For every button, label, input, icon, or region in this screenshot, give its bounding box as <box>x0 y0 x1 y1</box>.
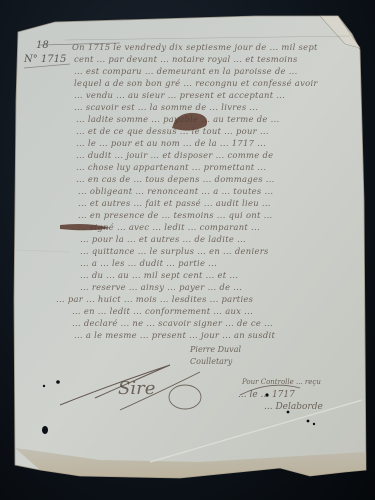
manuscript-page: 18 N° 1715 On 1715 le vendredy dix septi… <box>0 0 375 500</box>
text-line: ... chose luy appartenant ... promettant… <box>76 162 361 172</box>
notary-note-line-3: ... Delaborde <box>264 402 323 412</box>
text-line: cent ... par devant ... notaire royal ..… <box>74 54 359 64</box>
text-line: ... obligeant ... renonceant ... a ... t… <box>78 186 361 196</box>
text-line: ... en presence de ... tesmoins ... qui … <box>78 210 361 220</box>
text-line: ... en cas de ... tous depens ... dommag… <box>76 174 361 184</box>
text-line: ... vendu ... au sieur ... present et ac… <box>74 90 359 100</box>
margin-note-number: N° 1715 <box>24 54 66 65</box>
text-line: ... et autres ... fait et passé ... audi… <box>78 198 361 208</box>
text-line: ... pour la ... et autres ... de ladite … <box>80 234 361 244</box>
text-line: ... par ... huict ... mois ... lesdites … <box>56 294 361 304</box>
text-line: ... et de ce que dessus ... le tout ... … <box>76 126 361 136</box>
margin-note-folio: 18 <box>36 40 49 51</box>
text-line: ... en ... ledit ... conformement ... au… <box>72 306 361 316</box>
notary-note-line-2: ... le ... 1717 <box>238 390 295 400</box>
text-line: ... du ... au ... mil sept cent ... et .… <box>80 270 361 280</box>
text-line: ... a le mesme ... present ... jour ... … <box>74 330 361 340</box>
text-line: ... dudit ... jouir ... et disposer ... … <box>76 150 361 160</box>
text-line: ... le ... pour et au nom ... de la ... … <box>76 138 361 148</box>
text-line: ... quittance ... le surplus ... en ... … <box>80 246 361 256</box>
text-line: On 1715 le vendredy dix septiesme jour d… <box>72 42 357 52</box>
signature-main: Sire <box>118 378 155 399</box>
text-line: ... a ... les ... dudit ... partie ... <box>80 258 361 268</box>
text-line: ... est comparu ... demeurant en la paro… <box>74 66 359 76</box>
text-line: lequel a de son bon gré ... recongnu et … <box>74 78 359 88</box>
text-line: ... reserve ... ainsy ... payer ... de .… <box>80 282 361 292</box>
text-line: ... declaré ... ne ... scavoir signer ..… <box>72 318 361 328</box>
text-line: ... signé ... avec ... ledit ... compara… <box>78 222 361 232</box>
signature-witness-2: Coulletary <box>190 357 232 366</box>
signature-witness-1: Pierre Duval <box>190 345 241 354</box>
text-line: ... scavoir est ... la somme de ... livr… <box>74 102 359 112</box>
text-line: ... ladite somme ... payable ... au term… <box>76 114 361 124</box>
notary-note-line-1: Pour Controlle ... reçu <box>242 378 321 386</box>
